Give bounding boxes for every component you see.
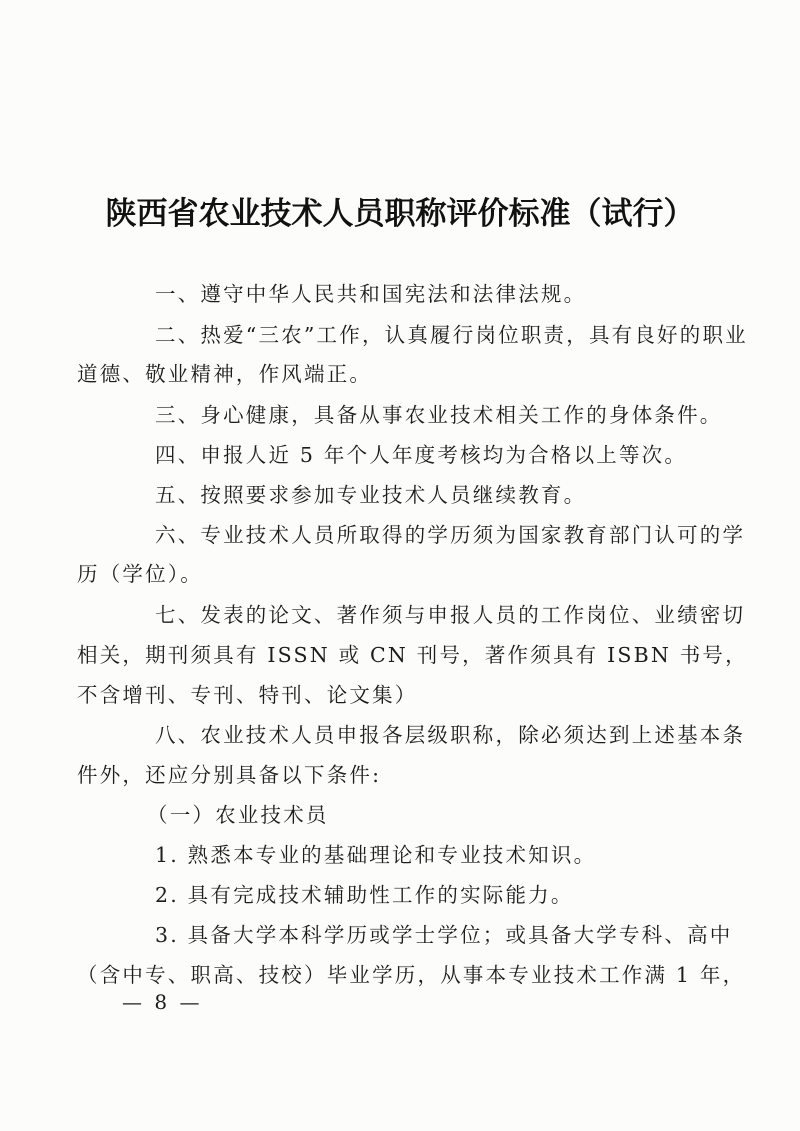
item-3-line-2: （含中专、职高、技校）毕业学历，从事本专业技术工作满 1 年，: [77, 958, 745, 988]
item-1: 1. 熟悉本专业的基础理论和专业技术知识。: [155, 838, 596, 868]
item-3-line-1: 3. 具备大学本科学历或学士学位；或具备大学专科、高中: [155, 918, 732, 948]
document-page: 陕西省农业技术人员职称评价标准（试行） 一、遵守中华人民共和国宪法和法律法规。 …: [0, 0, 800, 1131]
clause-3: 三、身心健康，具备从事农业技术相关工作的身体条件。: [155, 398, 723, 428]
document-title: 陕西省农业技术人员职称评价标准（试行）: [0, 188, 800, 233]
clause-6-line-2: 历（学位）。: [77, 557, 203, 587]
clause-4: 四、申报人近 5 年个人年度考核均为合格以上等次。: [155, 438, 687, 468]
clause-7-line-2: 相关，期刊须具有 ISSN 或 CN 刊号，著作须具有 ISBN 书号，: [77, 638, 748, 668]
clause-2-line-1: 二、热爱“三农”工作，认真履行岗位职责，具有良好的职业: [155, 318, 748, 348]
clause-8-line-1: 八、农业技术人员申报各层级职称，除必须达到上述基本条: [155, 718, 745, 748]
clause-5: 五、按照要求参加专业技术人员继续教育。: [155, 478, 586, 508]
item-2: 2. 具有完成技术辅助性工作的实际能力。: [155, 878, 574, 908]
clause-1: 一、遵守中华人民共和国宪法和法律法规。: [155, 277, 586, 307]
clause-7-line-1: 七、发表的论文、著作须与申报人员的工作岗位、业绩密切: [155, 598, 745, 628]
clause-2-line-2: 道德、敬业精神，作风端正。: [77, 357, 372, 387]
clause-8-line-2: 件外，还应分别具备以下条件:: [77, 758, 381, 788]
clause-6-line-1: 六、专业技术人员所取得的学历须为国家教育部门认可的学: [155, 518, 745, 548]
clause-7-line-3: 不含增刊、专刊、特刊、论文集）: [77, 678, 418, 708]
section-heading-technician: （一）农业技术员: [147, 798, 329, 828]
page-number: — 8 —: [122, 990, 202, 1014]
